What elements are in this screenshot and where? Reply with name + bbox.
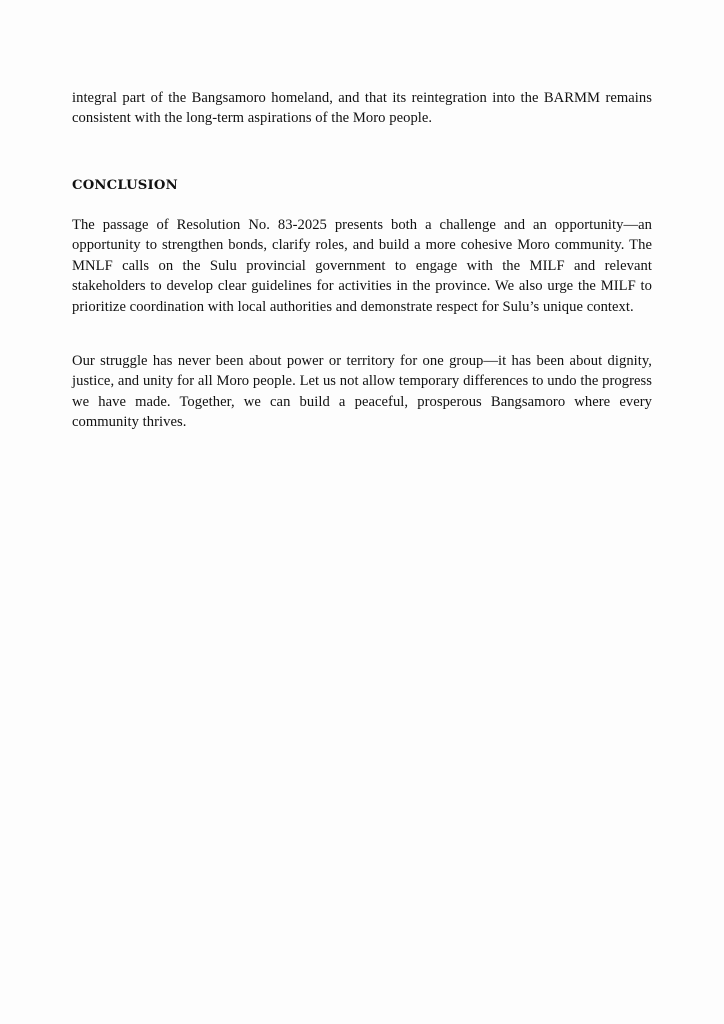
document-page: integral part of the Bangsamoro homeland… (72, 88, 652, 129)
conclusion-paragraph-2: Our struggle has never been about power … (72, 351, 652, 433)
intro-paragraph: integral part of the Bangsamoro homeland… (72, 88, 652, 129)
conclusion-paragraph-1: The passage of Resolution No. 83-2025 pr… (72, 215, 652, 317)
conclusion-heading: CONCLUSION (72, 176, 178, 196)
